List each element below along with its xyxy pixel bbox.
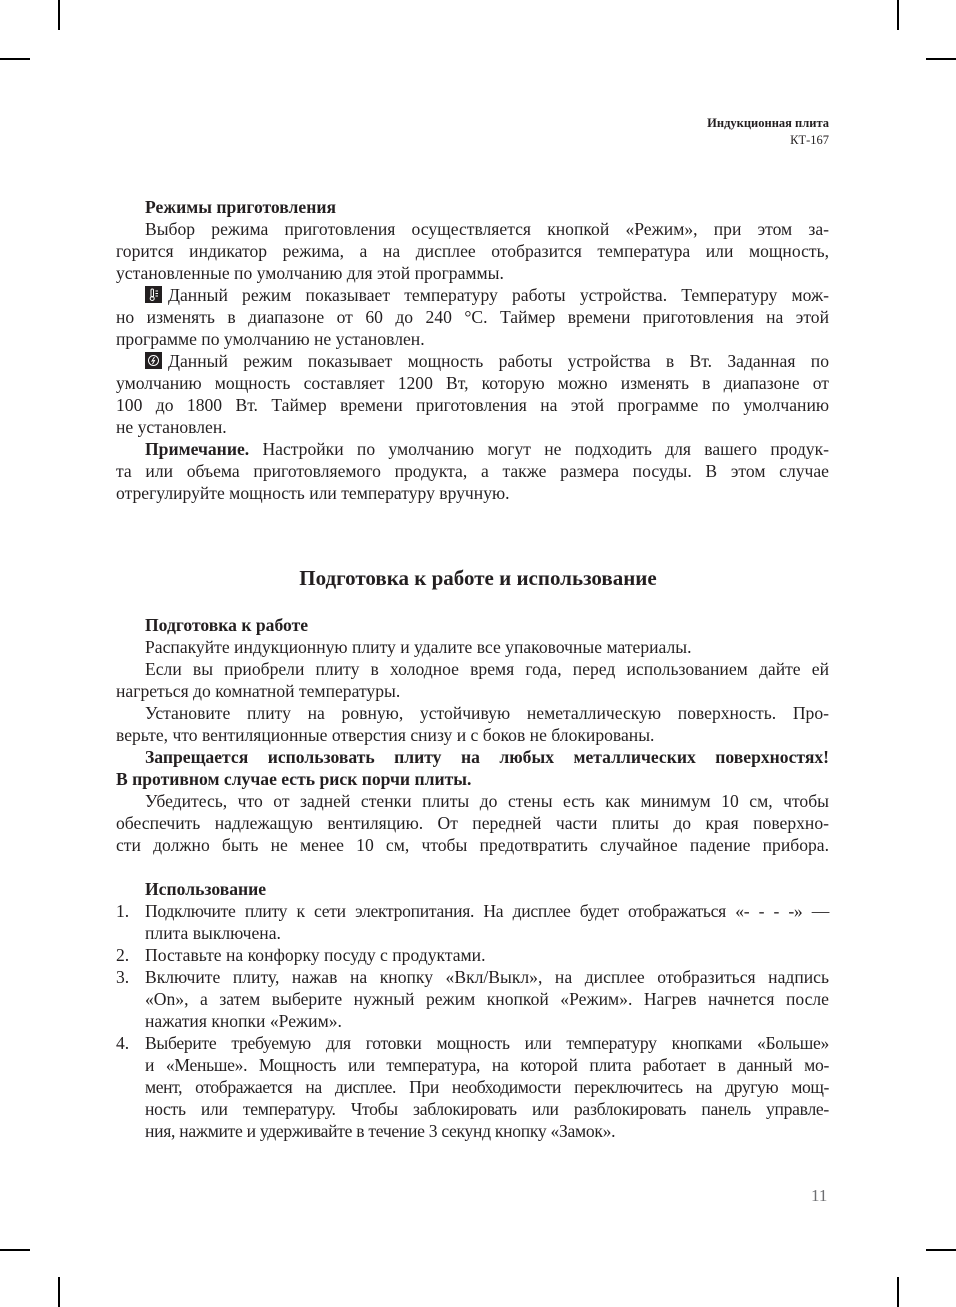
power-icon: [145, 352, 162, 369]
power-mode-line: Данный режим показывает мощность работы …: [145, 350, 829, 372]
page-number: 11: [811, 1186, 827, 1206]
text-line: верьте, что вентиляционные отверстия сни…: [116, 724, 829, 746]
list-item-line: Подключите плиту к сети электропитания. …: [145, 900, 829, 922]
warning-line: В противном случае есть риск порчи плиты…: [116, 768, 829, 790]
crop-mark: [897, 0, 899, 30]
section-title: Режимы приготовления: [145, 196, 829, 218]
temp-mode-line: Данный режим показывает температуру рабо…: [145, 284, 829, 306]
crop-mark: [0, 58, 30, 60]
crop-mark: [926, 1249, 956, 1251]
text-line: Убедитесь, что от задней стенки плиты до…: [145, 790, 829, 812]
crop-mark: [926, 58, 956, 60]
crop-mark: [897, 1277, 899, 1307]
page-title: Подготовка к работе и использование: [0, 566, 956, 591]
note-label: Примечание.: [145, 439, 249, 459]
text-line: горится индикатор режима, а на дисплее о…: [116, 240, 829, 262]
text-line: Если вы приобрели плиту в холодное время…: [145, 658, 829, 680]
thermometer-icon: [145, 286, 162, 303]
text-line: Данный режим показывает мощность работы …: [168, 350, 829, 372]
list-item-line: ность или температуру. Чтобы заблокирова…: [145, 1098, 829, 1120]
list-number: 3.: [116, 966, 129, 988]
text-line: обеспечить надлежащую вентиляцию. От пер…: [116, 812, 829, 834]
list-item-line: Выберите требуемую для готовки мощность …: [145, 1032, 829, 1054]
list-number: 2.: [116, 944, 129, 966]
text-line: нагреться до комнатной температуры.: [116, 680, 829, 702]
text-line: программе по умолчанию не установлен.: [116, 328, 829, 350]
text-line: отрегулируйте мощность или температуру в…: [116, 482, 829, 504]
subsection-title: Подготовка к работе: [145, 614, 829, 636]
list-item-line: Включите плиту, нажав на кнопку «Вкл/Вык…: [145, 966, 829, 988]
header-model: КТ-167: [790, 133, 829, 148]
text-line: та или объема приготовляемого продукта, …: [116, 460, 829, 482]
list-item-line: «On», а затем выберите нужный режим кноп…: [145, 988, 829, 1010]
text-line: 100 до 1800 Вт. Таймер времени приготовл…: [116, 394, 829, 416]
text-line: Выбор режима приготовления осуществляетс…: [145, 218, 829, 240]
list-item-line: нажатия кнопки «Режим».: [145, 1010, 829, 1032]
list-number: 1.: [116, 900, 129, 922]
note-line: Примечание. Настройки по умолчанию могут…: [145, 438, 829, 460]
list-number: 4.: [116, 1032, 129, 1054]
list-item-line: Поставьте на конфорку посуду с продуктам…: [145, 944, 829, 966]
warning-line: Запрещается использовать плиту на любых …: [145, 746, 829, 768]
text-line: но изменять в диапазоне от 60 до 240 °С.…: [116, 306, 829, 328]
list-item-line: плита выключена.: [145, 922, 829, 944]
header-product: Индукционная плита: [707, 116, 829, 131]
text-line: сти должно быть не менее 10 см, чтобы пр…: [116, 834, 829, 856]
list-item-line: и «Меньше». Мощность или температура, на…: [145, 1054, 829, 1076]
list-item-line: мент, отображается на дисплее. При необх…: [145, 1076, 829, 1098]
text-line: Установите плиту на ровную, устойчивую н…: [145, 702, 829, 724]
subsection-title: Использование: [145, 878, 829, 900]
crop-mark: [58, 1277, 60, 1307]
crop-mark: [58, 0, 60, 30]
text-line: Данный режим показывает температуру рабо…: [168, 284, 829, 306]
text-line: Распакуйте индукционную плиту и удалите …: [145, 636, 829, 658]
crop-mark: [0, 1249, 30, 1251]
text-line: установленные по умолчанию для этой прог…: [116, 262, 829, 284]
text-line: не установлен.: [116, 416, 829, 438]
text-line: умолчанию мощность составляет 1200 Вт, к…: [116, 372, 829, 394]
list-item-line: ния, нажмите и удерживайте в течение 3 с…: [145, 1120, 829, 1142]
